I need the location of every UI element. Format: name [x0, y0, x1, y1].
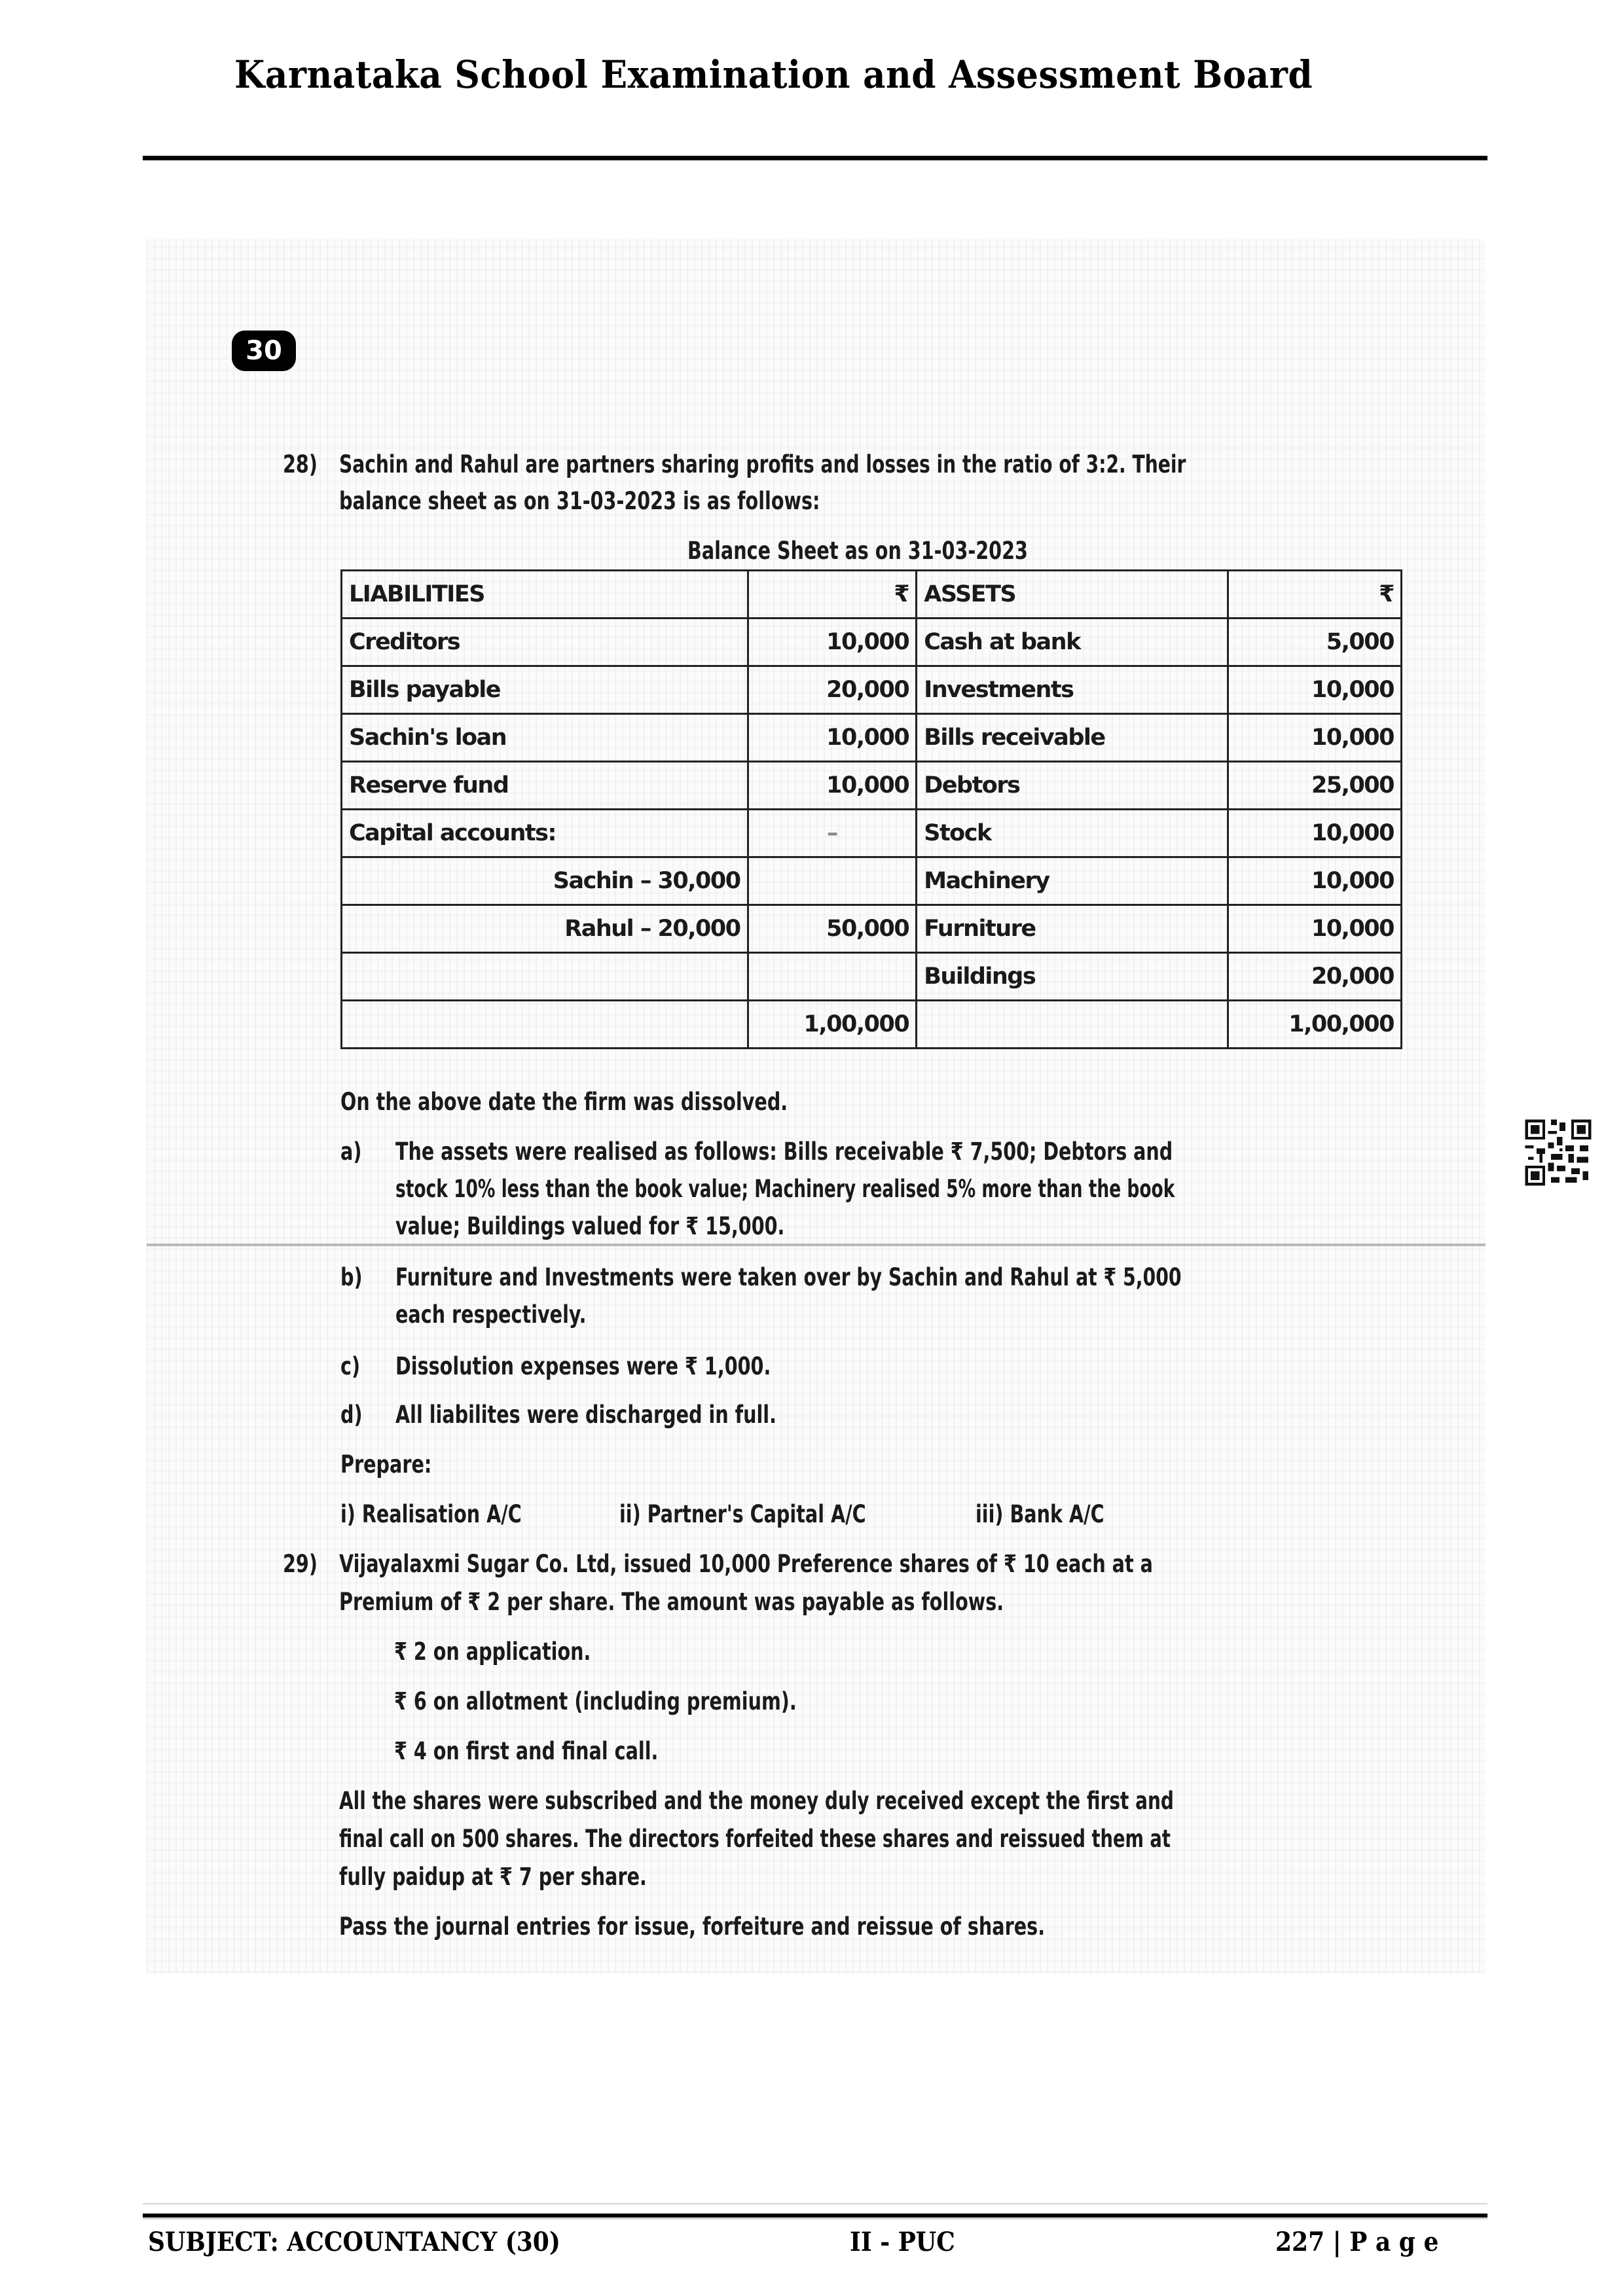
qr-code-icon[interactable] [1522, 1116, 1594, 1189]
liability-item: Reserve fund [342, 762, 748, 810]
q29-intro-line-2: Premium of ₹ 2 per share. The amount was… [339, 1588, 1004, 1616]
footer-divider-shadow [143, 2217, 1487, 2219]
liability-item [342, 953, 748, 1001]
liability-amount: 10,000 [748, 762, 917, 810]
liability-amount: 20,000 [748, 666, 917, 714]
point-b-label: b) [340, 1263, 363, 1291]
assets-amount-header: ₹ [1228, 571, 1402, 619]
asset-item: Investments [917, 666, 1228, 714]
scan-fold-line [147, 1244, 1486, 1246]
asset-amount: 5,000 [1228, 619, 1402, 666]
q29-schedule-call: ₹ 4 on first and final call. [394, 1737, 658, 1765]
liabilities-amount-header: ₹ [748, 571, 917, 619]
point-c-label: c) [340, 1352, 360, 1380]
liability-amount: 1,00,000 [748, 1001, 917, 1049]
q29-number: 29) [283, 1550, 318, 1578]
table-row: 1,00,0001,00,000 [342, 1001, 1402, 1049]
asset-item: Bills receivable [917, 714, 1228, 762]
table-row: Sachin – 30,000Machinery10,000 [342, 857, 1402, 905]
asset-amount: 25,000 [1228, 762, 1402, 810]
asset-item [917, 1001, 1228, 1049]
prepare-item-realisation: i) Realisation A/C [340, 1500, 522, 1528]
table-row: Rahul – 20,00050,000Furniture10,000 [342, 905, 1402, 953]
q29-schedule-application: ₹ 2 on application. [394, 1638, 591, 1666]
liability-amount: 10,000 [748, 619, 917, 666]
q29-instruction: Pass the journal entries for issue, forf… [339, 1912, 1045, 1941]
q29-body-line-1: All the shares were subscribed and the m… [339, 1787, 1174, 1815]
liability-amount [748, 857, 917, 905]
footer-subject: SUBJECT: ACCOUNTANCY (30) [148, 2227, 560, 2257]
asset-amount: 10,000 [1228, 857, 1402, 905]
header-divider [143, 156, 1487, 160]
liability-amount: 50,000 [748, 905, 917, 953]
balance-sheet-table: LIABILITIES₹ASSETS₹Creditors10,000Cash a… [340, 569, 1402, 1049]
point-d-line: All liabilites were discharged in full. [395, 1401, 776, 1429]
point-d-label: d) [340, 1401, 363, 1429]
liability-item: Creditors [342, 619, 748, 666]
asset-item: Furniture [917, 905, 1228, 953]
asset-item: Debtors [917, 762, 1228, 810]
point-a-line-2: stock 10% less than the book value; Mach… [395, 1175, 1175, 1203]
q28-intro-line-2: balance sheet as on 31-03-2023 is as fol… [339, 487, 820, 515]
liability-item: Rahul – 20,000 [342, 905, 748, 953]
asset-item: Buildings [917, 953, 1228, 1001]
asset-item: Stock [917, 810, 1228, 857]
table-row: Reserve fund10,000Debtors25,000 [342, 762, 1402, 810]
asset-amount: 20,000 [1228, 953, 1402, 1001]
footer-divider-thin [143, 2203, 1487, 2204]
asset-item: Cash at bank [917, 619, 1228, 666]
asset-amount: 10,000 [1228, 905, 1402, 953]
footer-page-number: 227 | P a g e [1275, 2227, 1438, 2257]
table-row: Creditors10,000Cash at bank5,000 [342, 619, 1402, 666]
liability-amount: 10,000 [748, 714, 917, 762]
table-row: Buildings20,000 [342, 953, 1402, 1001]
table-header-row: LIABILITIES₹ASSETS₹ [342, 571, 1402, 619]
point-a-line-1: The assets were realised as follows: Bil… [395, 1138, 1173, 1166]
dissolved-statement: On the above date the firm was dissolved… [340, 1088, 788, 1116]
table-row: Bills payable20,000Investments10,000 [342, 666, 1402, 714]
liability-item: Bills payable [342, 666, 748, 714]
q29-schedule-allotment: ₹ 6 on allotment (including premium). [394, 1687, 797, 1715]
q29-body-line-3: fully paidup at ₹ 7 per share. [339, 1863, 647, 1891]
point-b-line-2: each respectively. [395, 1300, 587, 1329]
prepare-item-capital: ii) Partner's Capital A/C [619, 1500, 866, 1528]
board-title: Karnataka School Examination and Assessm… [234, 52, 1313, 97]
asset-item: Machinery [917, 857, 1228, 905]
prepare-label: Prepare: [340, 1450, 431, 1479]
question-paper-badge: 30 [232, 331, 296, 371]
q29-intro-line-1: Vijayalaxmi Sugar Co. Ltd, issued 10,000… [339, 1550, 1153, 1578]
assets-header: ASSETS [917, 571, 1228, 619]
q29-body-line-2: final call on 500 shares. The directors … [339, 1825, 1171, 1853]
prepare-item-bank: iii) Bank A/C [976, 1500, 1104, 1528]
liability-item: Sachin's loan [342, 714, 748, 762]
point-a-line-3: value; Buildings valued for ₹ 15,000. [395, 1212, 784, 1240]
asset-amount: 10,000 [1228, 810, 1402, 857]
q28-intro-line-1: Sachin and Rahul are partners sharing pr… [339, 450, 1186, 478]
table-row: Sachin's loan10,000Bills receivable10,00… [342, 714, 1402, 762]
liabilities-header: LIABILITIES [342, 571, 748, 619]
q28-number: 28) [283, 450, 318, 478]
asset-amount: 10,000 [1228, 714, 1402, 762]
point-a-label: a) [340, 1138, 361, 1166]
asset-amount: 1,00,000 [1228, 1001, 1402, 1049]
liability-item: Capital accounts: [342, 810, 748, 857]
liability-item [342, 1001, 748, 1049]
asset-amount: 10,000 [1228, 666, 1402, 714]
liability-item: Sachin – 30,000 [342, 857, 748, 905]
balance-sheet-title: Balance Sheet as on 31-03-2023 [687, 537, 1028, 565]
liability-amount: – [748, 810, 917, 857]
table-row: Capital accounts:–Stock10,000 [342, 810, 1402, 857]
point-b-line-1: Furniture and Investments were taken ove… [395, 1263, 1182, 1291]
liability-amount [748, 953, 917, 1001]
footer-class: II - PUC [850, 2227, 955, 2257]
point-c-line: Dissolution expenses were ₹ 1,000. [395, 1352, 771, 1380]
